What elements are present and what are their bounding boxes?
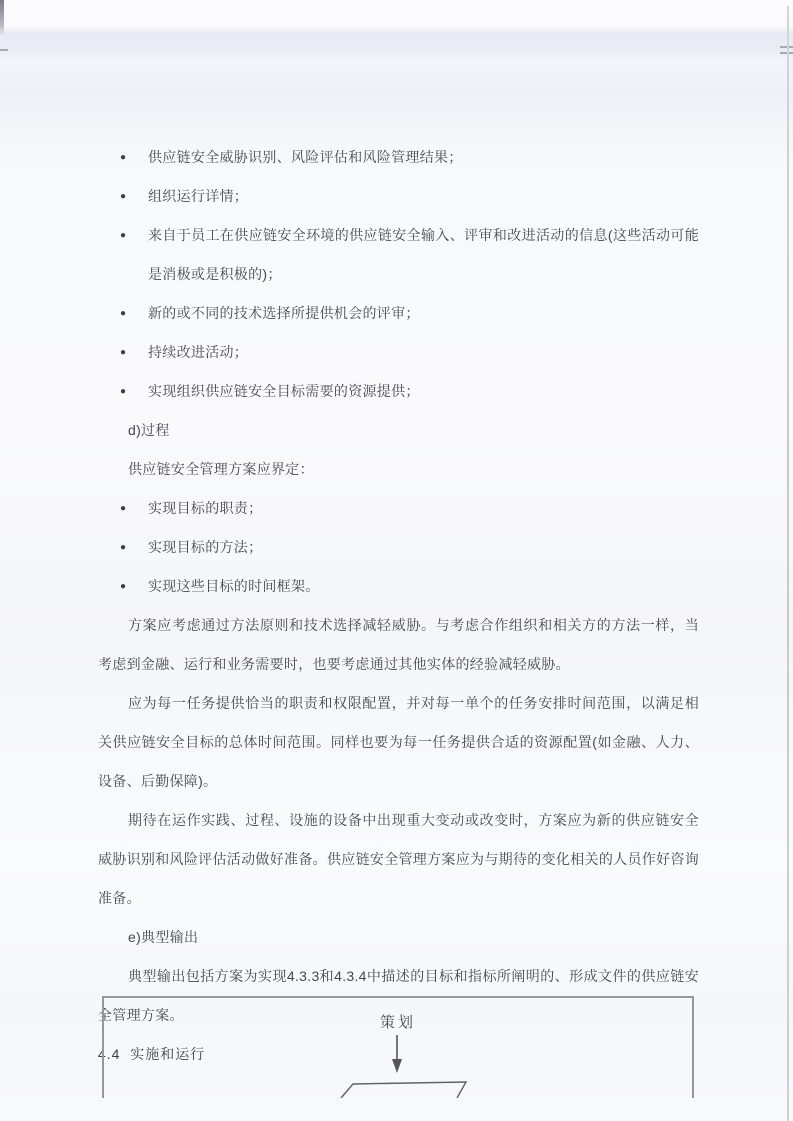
bullet-dot-icon: ●: [120, 528, 148, 567]
scan-corner-mark: [0, 0, 4, 36]
bullet-dot-icon: ●: [120, 138, 148, 177]
bullet-item: ● 实现目标的职责；: [98, 489, 699, 528]
flowchart-graphics: [104, 998, 692, 1098]
bullet-text: 实现目标的方法；: [148, 528, 699, 567]
bullet-text: 实现这些目标的时间框架。: [148, 567, 699, 606]
flowchart-frame: 策划: [102, 996, 694, 1098]
body-paragraph: 期待在运作实践、过程、设施的设备中出现重大变动或改变时，方案应为新的供应链安全威…: [98, 801, 699, 918]
bullet-text: 组织运行详情；: [148, 177, 699, 216]
io-parallelogram-shape: [341, 1082, 466, 1098]
bullet-text: 实现目标的职责；: [148, 489, 699, 528]
bullet-text: 新的或不同的技术选择所提供机会的评审；: [148, 294, 699, 333]
bullet-item: ● 新的或不同的技术选择所提供机会的评审；: [98, 294, 699, 333]
bullet-dot-icon: ●: [120, 372, 148, 411]
bullet-text: 实现组织供应链安全目标需要的资源提供；: [148, 372, 699, 411]
body-paragraph: 应为每一任务提供恰当的职责和权限配置，并对每一单个的任务安排时间范围，以满足相关…: [98, 684, 699, 801]
bullet-item: ● 实现这些目标的时间框架。: [98, 567, 699, 606]
bullet-text: 供应链安全威胁识别、风险评估和风险管理结果；: [148, 138, 699, 177]
bullet-item: ● 实现目标的方法；: [98, 528, 699, 567]
bullet-item: ● 来自于员工在供应链安全环境的供应链安全输入、评审和改进活动的信息(这些活动可…: [98, 216, 699, 294]
bullet-item: ● 供应链安全威胁识别、风险评估和风险管理结果；: [98, 138, 699, 177]
bullet-dot-icon: ●: [120, 177, 148, 216]
bullet-item: ● 持续改进活动；: [98, 333, 699, 372]
section-item-label-d-process: d)过程: [98, 411, 699, 450]
bullet-dot-icon: ●: [120, 489, 148, 528]
bullet-dot-icon: ●: [120, 216, 148, 294]
lead-in-line: 供应链安全管理方案应界定：: [98, 450, 699, 489]
down-arrow-head-icon: [392, 1059, 402, 1073]
bullet-text: 来自于员工在供应链安全环境的供应链安全输入、评审和改进活动的信息(这些活动可能是…: [148, 216, 699, 294]
scan-tick-left: [0, 49, 8, 51]
bullet-item: ● 组织运行详情；: [98, 177, 699, 216]
body-paragraph: 方案应考虑通过方法原则和技术选择减轻威胁。与考虑合作组织和相关方的方法一样，当考…: [98, 606, 699, 684]
document-content: ● 供应链安全威胁识别、风险评估和风险管理结果； ● 组织运行详情； ● 来自于…: [98, 138, 699, 1074]
bullet-dot-icon: ●: [120, 333, 148, 372]
bullet-dot-icon: ●: [120, 294, 148, 333]
section-item-label-e-typical-output: e)典型输出: [98, 918, 699, 957]
scan-edge-line: [787, 6, 789, 1121]
scanned-document-page: ● 供应链安全威胁识别、风险评估和风险管理结果； ● 组织运行详情； ● 来自于…: [0, 0, 793, 1121]
bullet-text: 持续改进活动；: [148, 333, 699, 372]
bullet-item: ● 实现组织供应链安全目标需要的资源提供；: [98, 372, 699, 411]
bullet-dot-icon: ●: [120, 567, 148, 606]
